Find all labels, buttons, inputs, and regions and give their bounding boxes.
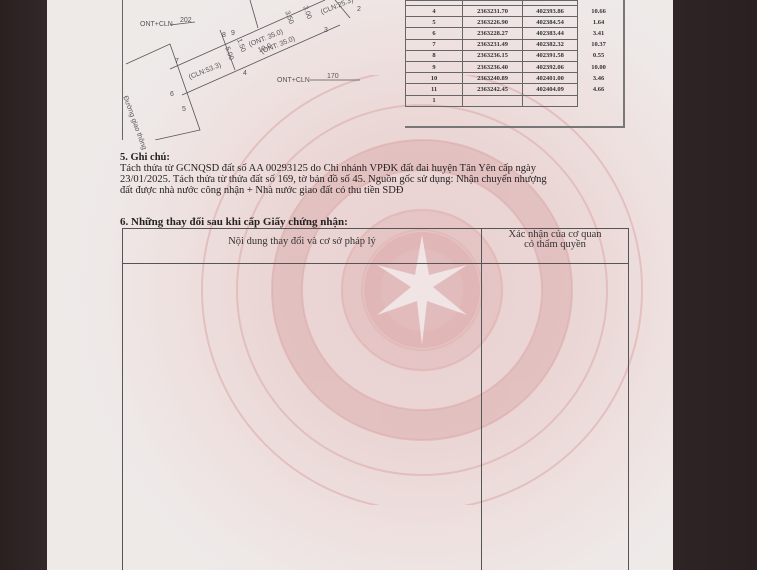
cell-dist: 10.00 — [578, 61, 620, 72]
label-ont-cln-south: ONT+CLN — [277, 77, 310, 84]
table-header-divider — [123, 263, 628, 264]
confirmation-header-line-2: có thẩm quyền — [482, 240, 628, 250]
label-parcel-170: 170 — [327, 73, 339, 80]
cell-x: 2363231.49 — [463, 39, 523, 50]
cell-dist: 0.55 — [578, 50, 620, 61]
label-ont-cln-north: ONT+CLN — [140, 21, 173, 28]
desk-background-left — [0, 0, 47, 570]
table-row: 72363231.49402382.3210.37 — [406, 39, 620, 50]
cell-y: 402384.54 — [523, 17, 578, 28]
table-row: 62363228.27402383.443.41 — [406, 28, 620, 39]
label-parcel-202: 202 — [180, 17, 192, 24]
cell-x: 2363226.90 — [463, 17, 523, 28]
cell-y: 402392.06 — [523, 61, 578, 72]
cell-dist: 3.41 — [578, 28, 620, 39]
cell-dist — [578, 95, 620, 106]
column-header-changes: Nội dung thay đổi và cơ sở pháp lý — [123, 236, 481, 247]
point-label-3: 3 — [324, 27, 328, 34]
table-row: 52363226.90402384.541.64 — [406, 17, 620, 28]
table-row: 92363236.40402392.0610.00 — [406, 61, 620, 72]
notes-line-3: đất được nhà nước công nhận + Nhà nước g… — [120, 185, 630, 196]
table-row: 82363236.15402391.580.55 — [406, 50, 620, 61]
table-column-divider — [481, 228, 482, 570]
cell-y: 402401.00 — [523, 73, 578, 84]
cell-point: 1 — [406, 95, 463, 106]
point-label-6: 6 — [170, 91, 174, 98]
cell-dist: 10.66 — [578, 6, 620, 17]
cell-point: 7 — [406, 39, 463, 50]
point-label-8: 8 — [222, 32, 226, 39]
cell-point: 9 — [406, 61, 463, 72]
point-label-4: 4 — [243, 70, 247, 77]
table-row: 112363242.45402404.094.66 — [406, 84, 620, 95]
cell-x: 2363236.15 — [463, 50, 523, 61]
cell-x: 2363240.89 — [463, 73, 523, 84]
column-header-confirmation: Xác nhận của cơ quan có thẩm quyền — [482, 230, 628, 250]
coordinate-table: 42363231.70402393.8610.6652363226.904023… — [405, 0, 625, 128]
cell-y: 402382.32 — [523, 39, 578, 50]
notes-line-1: Tách thửa từ GCNQSD đất số AA 00293125 d… — [120, 163, 630, 174]
changes-table: Nội dung thay đổi và cơ sở pháp lý Xác n… — [122, 228, 629, 570]
point-label-2: 2 — [357, 6, 361, 13]
point-label-5: 5 — [182, 106, 186, 113]
cell-dist: 3.46 — [578, 73, 620, 84]
cell-dist: 10.37 — [578, 39, 620, 50]
cell-point: 4 — [406, 6, 463, 17]
cell-x: 2363236.40 — [463, 61, 523, 72]
cell-dist: 4.66 — [578, 84, 620, 95]
cell-point: 6 — [406, 28, 463, 39]
table-row: 102363240.89402401.003.46 — [406, 73, 620, 84]
cell-y: 402404.09 — [523, 84, 578, 95]
changes-heading: 6. Những thay đổi sau khi cấp Giấy chứng… — [120, 216, 348, 228]
cell-y: 402391.58 — [523, 50, 578, 61]
notes-section: 5. Ghi chú: Tách thửa từ GCNQSD đất số A… — [120, 152, 630, 196]
desk-background-right — [672, 0, 757, 570]
notes-heading: 5. Ghi chú: — [120, 152, 630, 163]
table-row: 1 — [406, 95, 620, 106]
cell-x: 2363228.27 — [463, 28, 523, 39]
cell-x: 2363231.70 — [463, 6, 523, 17]
notes-line-2: 23/01/2025. Tách thửa từ thửa đất số 169… — [120, 174, 630, 185]
point-label-9: 9 — [231, 30, 235, 37]
cell-y — [523, 95, 578, 106]
cell-y: 402383.44 — [523, 28, 578, 39]
cell-x: 2363242.45 — [463, 84, 523, 95]
table-row: 42363231.70402393.8610.66 — [406, 6, 620, 17]
cell-point: 8 — [406, 50, 463, 61]
cell-y: 402393.86 — [523, 6, 578, 17]
point-label-7: 7 — [175, 58, 179, 65]
cell-x — [463, 95, 523, 106]
cell-point: 11 — [406, 84, 463, 95]
cell-point: 10 — [406, 73, 463, 84]
cell-dist: 1.64 — [578, 17, 620, 28]
cell-point: 5 — [406, 17, 463, 28]
